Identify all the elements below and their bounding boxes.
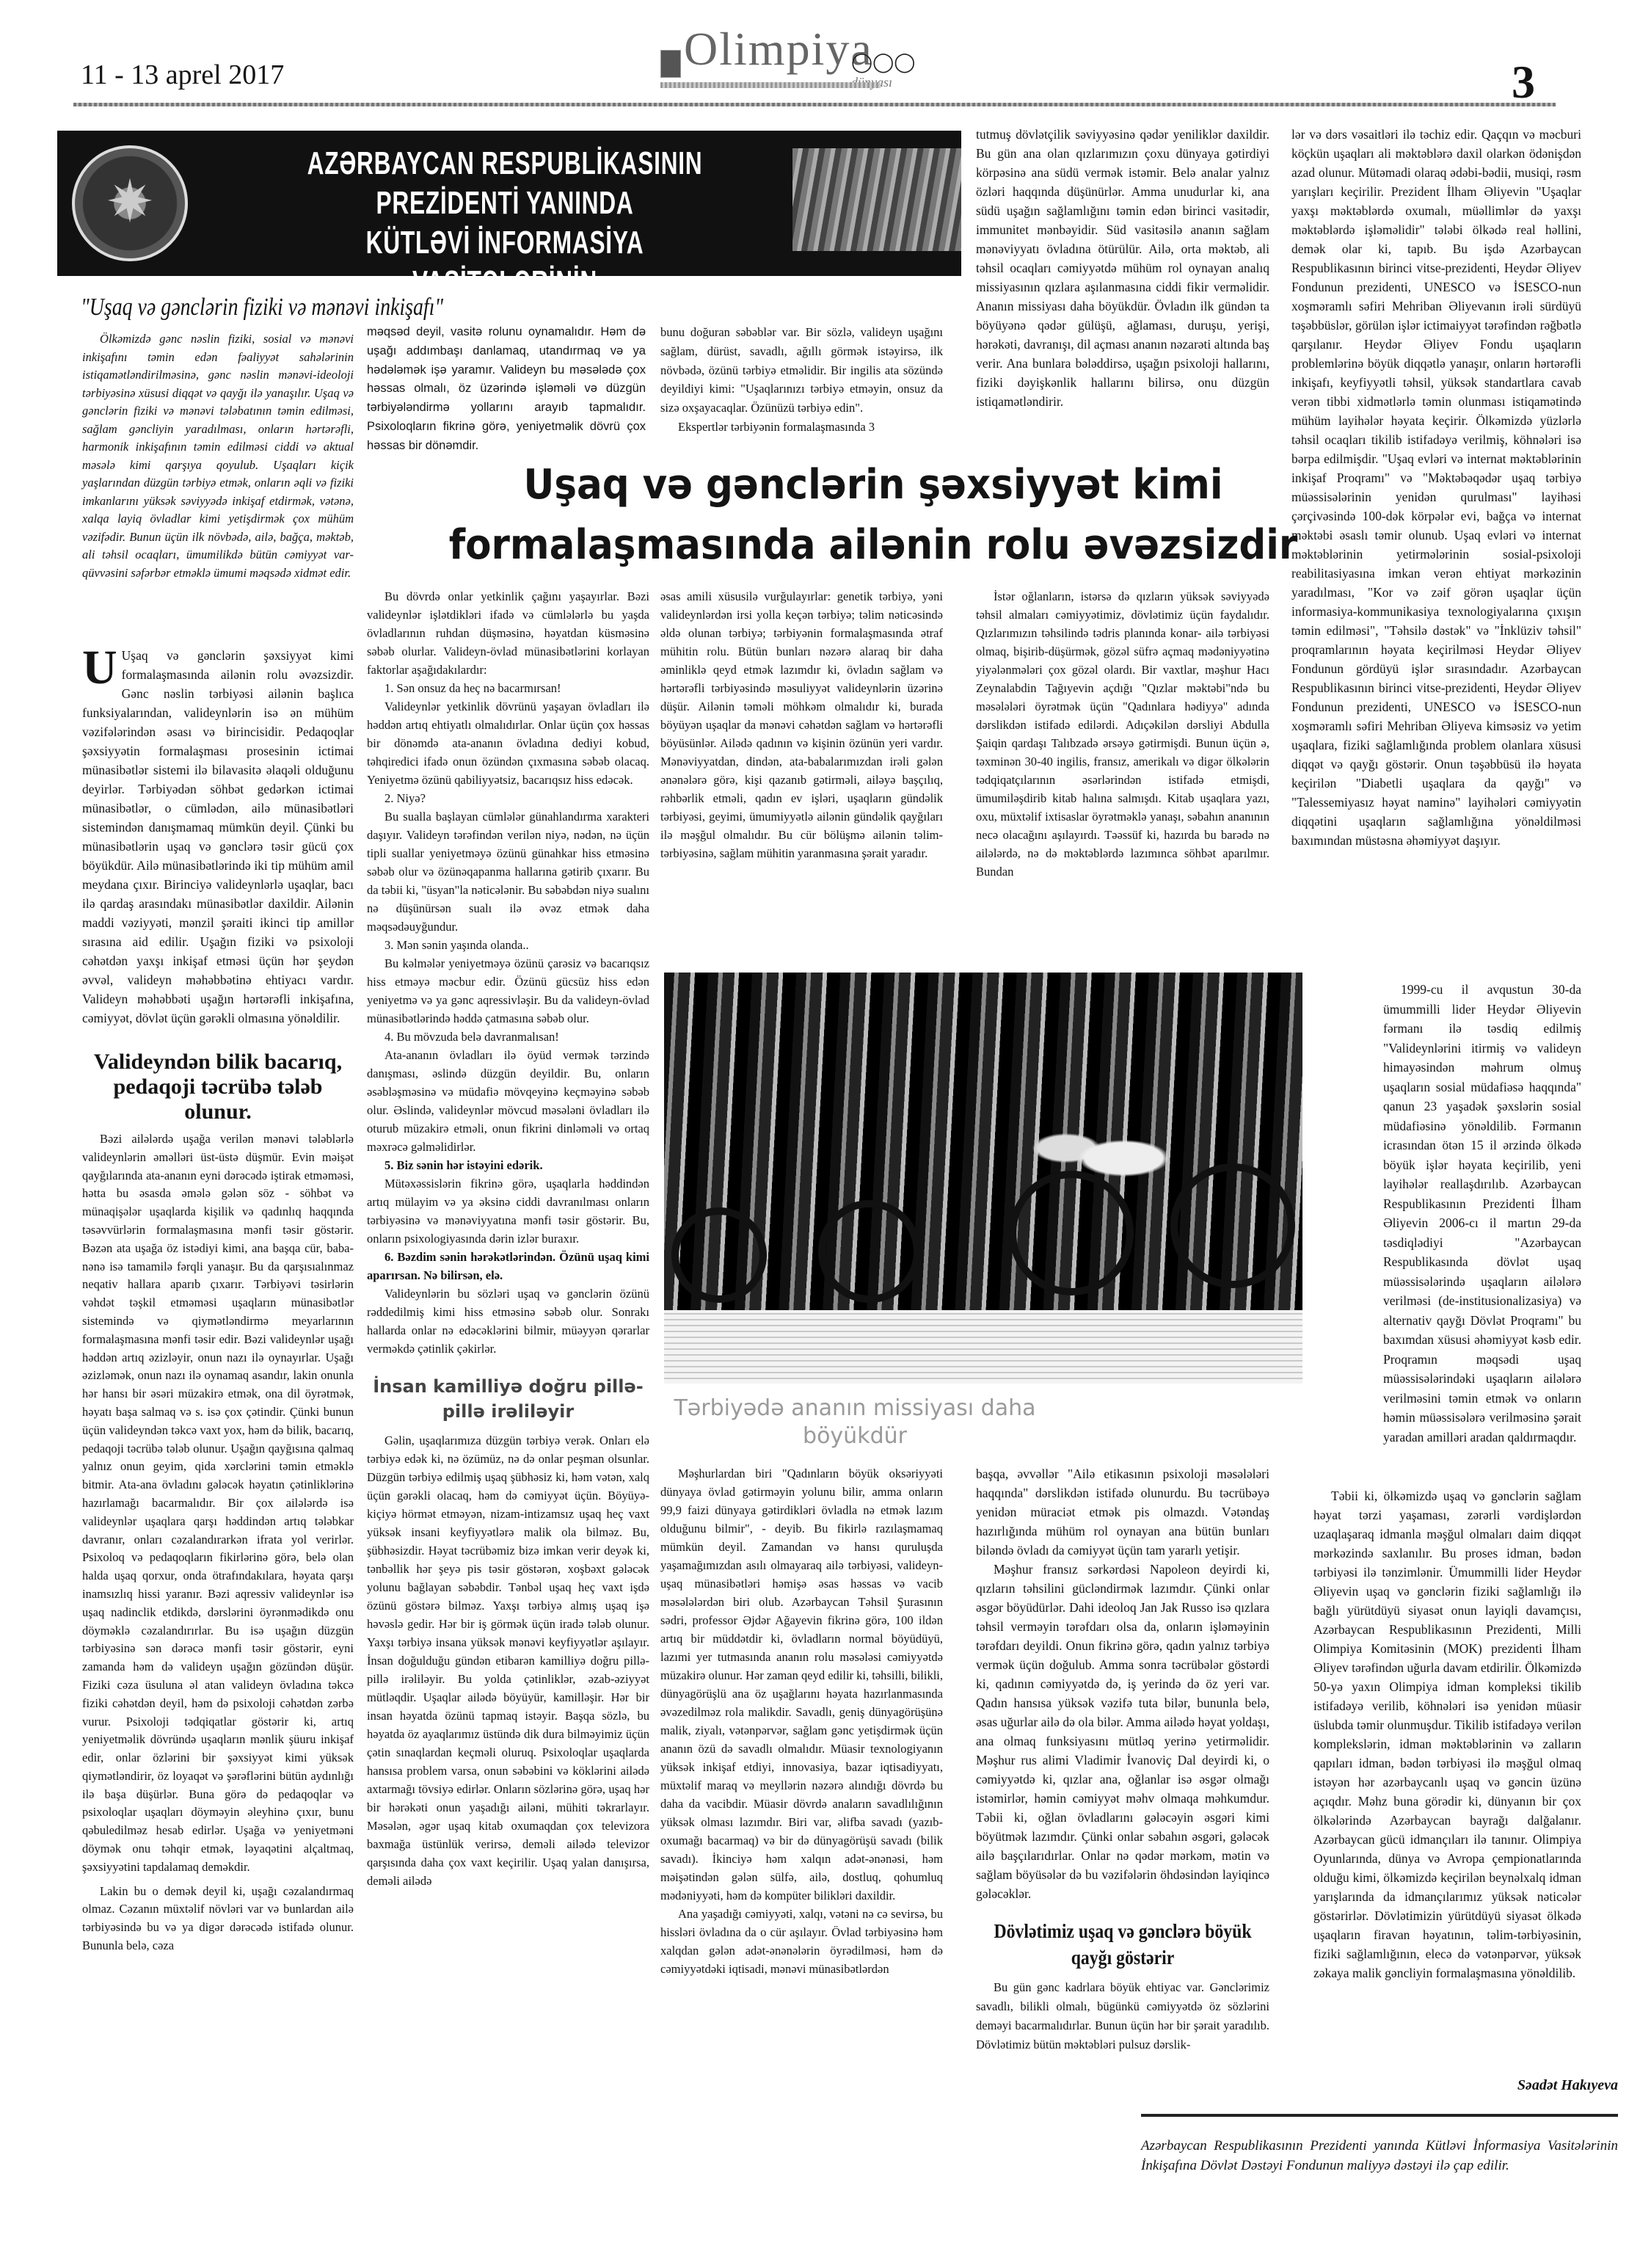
- col3-text: əsas amili xüsusilə vurğulayırlar: genet…: [660, 587, 943, 862]
- right-col-p3-text: Təbii ki, ölkəmizdə uşaq və gənclərin sa…: [1313, 1486, 1581, 1982]
- factor-6: 6. Bəzdim sənin hərəkətlərindən. Özünü u…: [367, 1248, 649, 1284]
- lede-column: Ölkəmizdə gənc nəslin fiziki, sosial və …: [82, 330, 354, 582]
- factor-2-text: Bu sualla başlayan cümlələr günahlandırm…: [367, 807, 649, 936]
- right-col-p2-text: 1999-cu il avqustun 30-da ümummilli lide…: [1383, 980, 1581, 1447]
- funding-credit: Azərbaycan Respublikasının Prezidenti ya…: [1141, 2136, 1618, 2176]
- bicycle-wheel-icon: [1170, 1163, 1295, 1288]
- series-title: "Uşaq və gənclərin fiziki və mənəvi inki…: [81, 294, 443, 321]
- intro-paragraph: UUşaq və gənclərin şəxsiyyət kimi formal…: [82, 646, 354, 1028]
- masthead-emblem-icon: [660, 50, 681, 78]
- col-b3-tail: Ana yaşadığı cəmiyyəti, xalqı, vətəni nə…: [660, 1905, 943, 1978]
- main-column-4: İstər oğlanların, istərsə də qızların yü…: [976, 587, 1269, 881]
- factor-1-text: Valideynlər yetkinlik dövrünü yaşayan öv…: [367, 697, 649, 789]
- masthead-logo: Olimpiya ◯◯◯ dünyası: [660, 22, 895, 95]
- issue-date: 11 - 13 aprel 2017: [81, 59, 284, 91]
- banner-photo: [792, 148, 961, 251]
- subheading-parents-knowledge: Valideyndən bilik bacarıq, pedaqoji təcr…: [82, 1050, 354, 1124]
- masthead-underline: [660, 82, 881, 88]
- main-column-1: UUşaq və gənclərin şəxsiyyət kimi formal…: [82, 646, 354, 1955]
- main-column-2: Bu dövrdə onlar yetkinlik çağını yaşayır…: [367, 587, 649, 1890]
- header-rule: [73, 103, 1556, 106]
- photo-ground: [664, 1310, 1302, 1384]
- sub3-text: Bu gün gənc kadrlara böyük ehtiyac var. …: [976, 1978, 1269, 2054]
- factor-4: 4. Bu mövzuda belə davranmalısan!: [367, 1028, 649, 1046]
- main-column-3: əsas amili xüsusilə vurğulayırlar: genet…: [660, 587, 943, 862]
- bottom-column-4: başqa, əvvəllər "Ailə etikasının psixolo…: [976, 1464, 1269, 2054]
- top-column-4: tutmuş dövlətçilik səviyyəsinə qədər yen…: [976, 125, 1269, 411]
- top-col4-text: tutmuş dövlətçilik səviyyəsinə qədər yen…: [976, 125, 1269, 411]
- banner-line-2: KÜTLƏVİ İNFORMASİYA VASİTƏLƏRİNİN: [288, 223, 721, 302]
- factor-3: 3. Mən sənin yaşında olanda..: [367, 936, 649, 954]
- col4-text: İstər oğlanların, istərsə də qızların yü…: [976, 587, 1269, 881]
- factor-4-text: Ata-ananın övladları ilə öyüd vermək tər…: [367, 1046, 649, 1156]
- bottom-column-3: Məşhurlardan biri "Qadınların böyük oksə…: [660, 1464, 943, 1978]
- top-col3-text: bunu doğuran səbəblər var. Bir sözlə, va…: [660, 323, 943, 418]
- article-headline: Uşaq və gənclərin şəxsiyyət kimi formala…: [407, 455, 1339, 575]
- headline-line-2: formalaşmasında ailənin rolu əvəzsizdir: [407, 515, 1339, 575]
- headline-line-1: Uşaq və gənclərin şəxsiyyət kimi: [407, 455, 1339, 515]
- banner-line-1: AZƏRBAYCAN RESPUBLİKASININ PREZİDENTİ YA…: [288, 144, 721, 223]
- col-b4-p2: Məşhur fransız sərkərdəsi Napoleon deyir…: [976, 1560, 1269, 1903]
- fund-banner: AZƏRBAYCAN RESPUBLİKASININ PREZİDENTİ YA…: [57, 131, 961, 276]
- credit-rule: [1141, 2114, 1618, 2117]
- factor-5-text: Mütəxəssislərin fikrinə görə, uşaqlarla …: [367, 1174, 649, 1248]
- factor-1: 1. Sən onsuz da heç nə bacarmırsan!: [367, 679, 649, 697]
- intro-text: Uşaq və gənclərin şəxsiyyət kimi formala…: [82, 648, 354, 1025]
- col-b4-text: başqa, əvvəllər "Ailə etikasının psixolo…: [976, 1464, 1269, 1560]
- author-signature: Səadət Hakıyeva: [1174, 2077, 1618, 2094]
- top-col2-text: məqsəd deyil, vasitə rolunu oynamalıdır.…: [367, 323, 646, 456]
- col-b3-text: Məşhurlardan biri "Qadınların böyük oksə…: [660, 1464, 943, 1905]
- bicycle-wheel-icon: [818, 1200, 921, 1303]
- right-column-p3: Təbii ki, ölkəmizdə uşaq və gənclərin sa…: [1313, 1486, 1581, 1982]
- page-number: 3: [1512, 55, 1535, 109]
- drop-cap: U: [82, 647, 117, 688]
- sub2-text: Gəlin, uşaqlarımıza düzgün tərbiyə verək…: [367, 1431, 649, 1890]
- top-column-3: bunu doğuran səbəblər var. Bir sözlə, va…: [660, 323, 943, 437]
- photo-caption: Tərbiyədə ananın missiyası daha böyükdür: [664, 1395, 1046, 1450]
- subheading-human-perfection: İnsan kamilliyə doğru pillə-pillə irəlil…: [367, 1374, 649, 1424]
- factor-6-text: Valideynlərin bu sözləri uşaq və gənclər…: [367, 1284, 649, 1358]
- bicycle-wheel-icon: [671, 1207, 767, 1303]
- top-col3-tail: Ekspertlər tərbiyənin formalaşmasında 3: [660, 418, 943, 437]
- sub1-tail: Lakin bu o demək deyil ki, uşağı cəzalan…: [82, 1883, 354, 1955]
- factor-2: 2. Niyə?: [367, 789, 649, 807]
- right-column-p2: 1999-cu il avqustun 30-da ümummilli lide…: [1383, 980, 1581, 1447]
- col2-intro: Bu dövrdə onlar yetkinlik çağını yaşayır…: [367, 587, 649, 679]
- subheading-state-care: Dövlətimiz uşaq və gənclərə böyük qayğı …: [994, 1918, 1252, 1971]
- masthead-title: Olimpiya: [684, 22, 873, 76]
- sub1-text: Bəzi ailələrdə uşağa verilən mənəvi tələ…: [82, 1130, 354, 1877]
- top-column-2: məqsəd deyil, vasitə rolunu oynamalıdır.…: [367, 323, 646, 456]
- factor-5: 5. Biz sənin hər istəyini edərik.: [367, 1156, 649, 1174]
- bicycle-wheel-icon: [1009, 1171, 1134, 1295]
- olympic-rings-icon: ◯◯◯: [851, 51, 915, 73]
- state-emblem-icon: [72, 145, 188, 261]
- factor-3-text: Bu kəlmələr yeniyetməyə özünü çarəsiz və…: [367, 954, 649, 1028]
- lede-text: Ölkəmizdə gənc nəslin fiziki, sosial və …: [82, 330, 354, 582]
